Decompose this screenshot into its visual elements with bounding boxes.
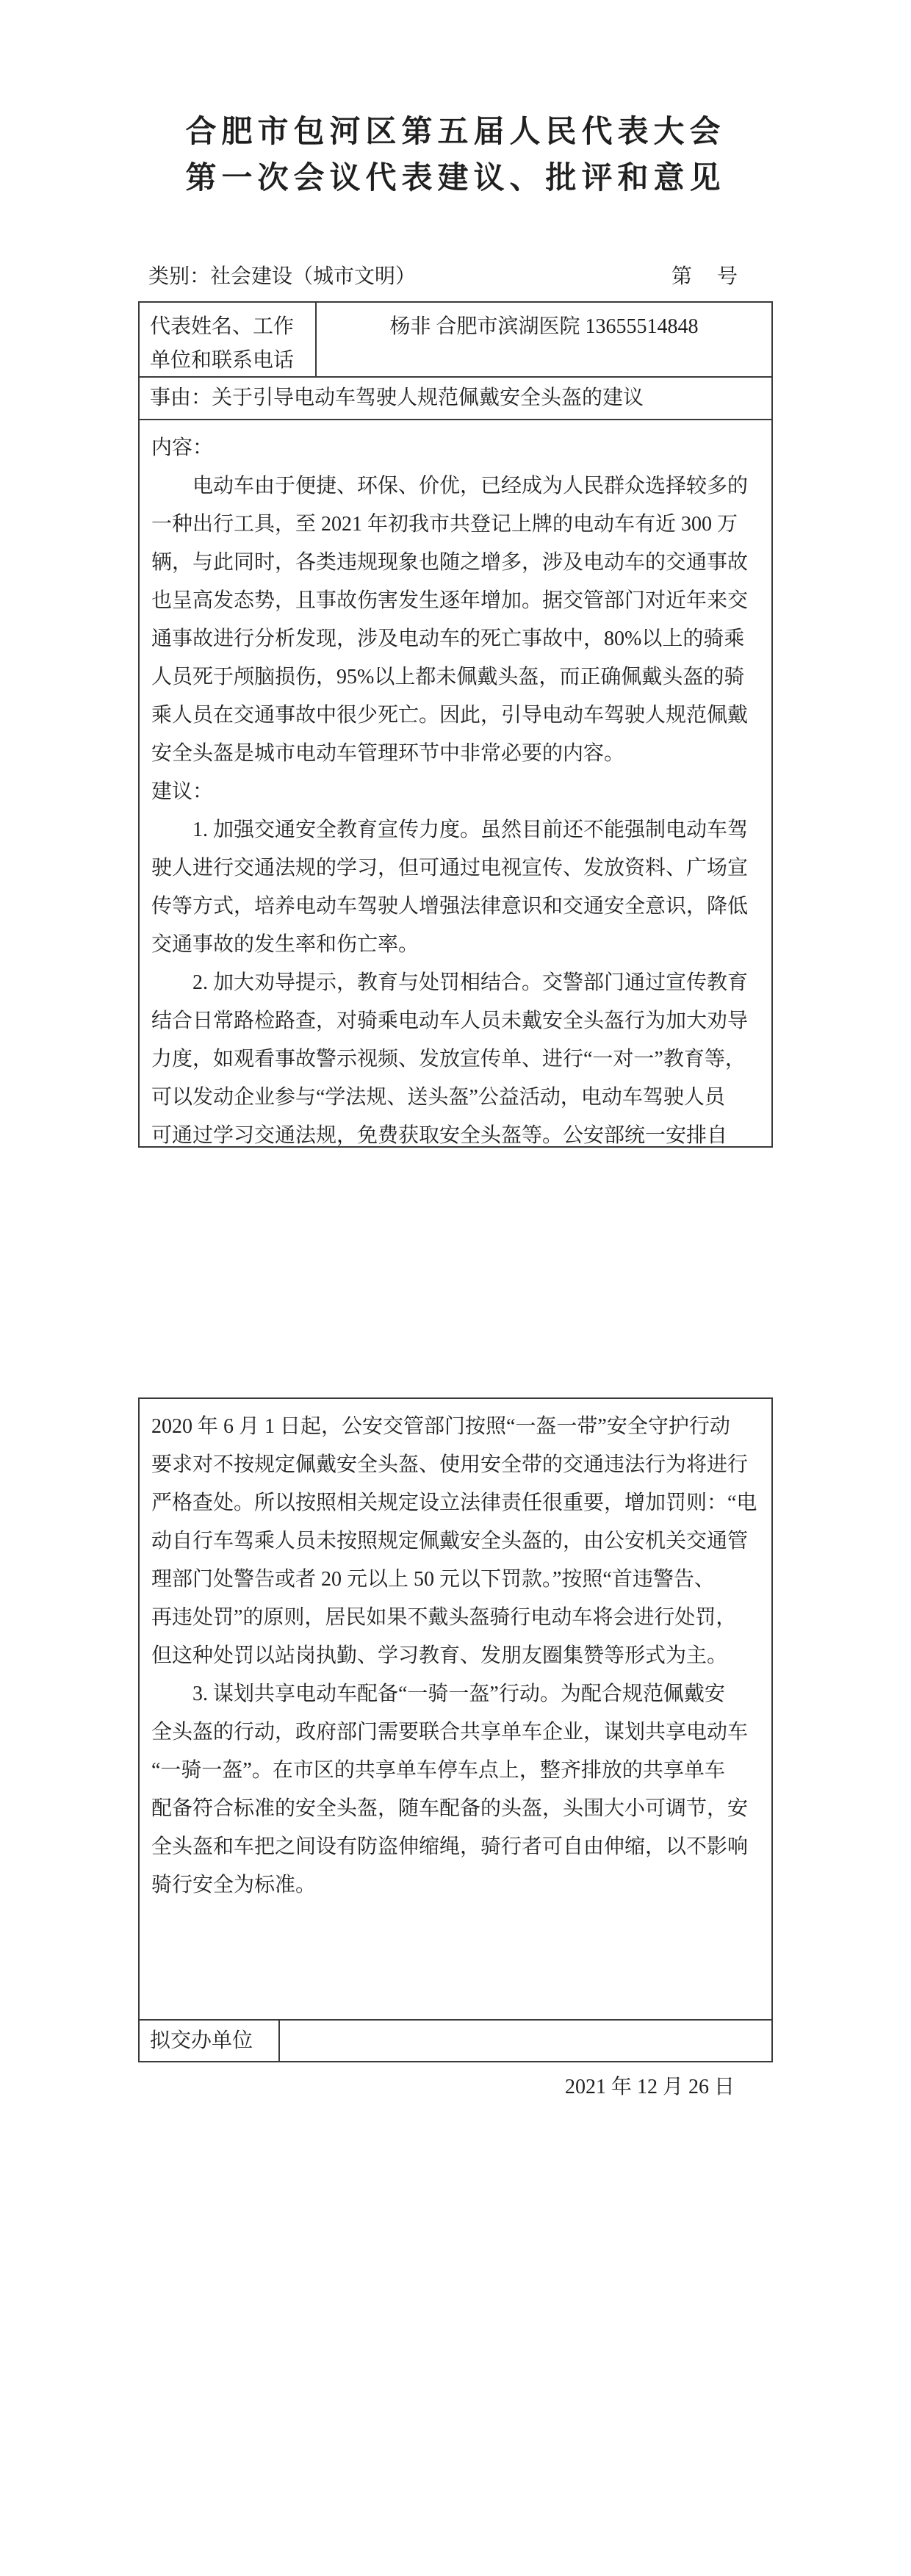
content-line: 全头盔的行动，政府部门需要联合共享单车企业，谋划共享电动车: [151, 1713, 760, 1752]
rep-label-line2: 单位和联系电话: [150, 344, 315, 378]
subject-row: 事由：关于引导电动车驾驶人规范佩戴安全头盔的建议: [140, 378, 771, 420]
content-line: 骑行安全为标准。: [151, 1866, 760, 1904]
content-line: 通事故进行分析发现，涉及电动车的死亡事故中，80%以上的骑乘: [151, 620, 760, 658]
content-line: 再违处罚”的原则，居民如果不戴头盔骑行电动车将会进行处罚，: [151, 1599, 760, 1637]
content-line: 一种出行工具，至 2021 年初我市共登记上牌的电动车有近 300 万: [151, 506, 760, 544]
content-line: 动自行车驾乘人员未按照规定佩戴安全头盔的，由公安机关交通管: [151, 1522, 760, 1561]
content-line: 可以发动企业参与“学法规、送头盔”公益活动，电动车驾驶人员: [151, 1079, 760, 1117]
content-line: 电动车由于便捷、环保、价优，已经成为人民群众选择较多的: [151, 467, 760, 506]
content-line: 2020 年 6 月 1 日起，公安交管部门按照“一盔一带”安全守护行动: [151, 1408, 760, 1446]
content-line: 但这种处罚以站岗执勤、学习教育、发朋友圈集赞等形式为主。: [151, 1637, 760, 1675]
content-cell: 内容： 电动车由于便捷、环保、价优，已经成为人民群众选择较多的 一种出行工具，至…: [140, 420, 771, 1146]
content-line: 全头盔和车把之间设有防盗伸缩绳，骑行者可自由伸缩，以不影响: [151, 1828, 760, 1866]
continuation-content-cell: 2020 年 6 月 1 日起，公安交管部门按照“一盔一带”安全守护行动 要求对…: [140, 1399, 771, 2021]
document-title-line2: 第一次会议代表建议、批评和意见: [0, 159, 911, 196]
rep-label: 代表姓名、工作 单位和联系电话: [140, 303, 317, 376]
content-line: 传等方式，培养电动车驾驶人增强法律意识和交通安全意识，降低: [151, 888, 760, 926]
content-line: 理部门处警告或者 20 元以上 50 元以下罚款。”按照“首违警告、: [151, 1561, 760, 1599]
content-line: 人员死于颅脑损伤，95%以上都未佩戴头盔，而正确佩戴头盔的骑: [151, 658, 760, 697]
document-page: 合肥市包河区第五届人民代表大会 第一次会议代表建议、批评和意见 类别：社会建设（…: [0, 0, 911, 2576]
assign-unit-label: 拟交办单位: [140, 2021, 280, 2061]
rep-value: 杨非 合肥市滨湖医院 13655514848: [317, 303, 771, 376]
content-line: 安全头盔是城市电动车管理环节中非常必要的内容。: [151, 735, 760, 773]
content-line: 要求对不按规定佩戴安全头盔、使用安全带的交通违法行为将进行: [151, 1446, 760, 1484]
content-line: 配备符合标准的安全头盔，随车配备的头盔，头围大小可调节，安: [151, 1790, 760, 1828]
assign-unit-row: 拟交办单位: [140, 2021, 771, 2061]
number-prefix: 第: [671, 265, 692, 288]
assign-unit-value: [280, 2021, 771, 2061]
content-line: 3. 谋划共享电动车配备“一骑一盔”行动。为配合规范佩戴安: [151, 1675, 760, 1713]
content-line: 严格查处。所以按照相关规定设立法律责任很重要，增加罚则：“电: [151, 1484, 760, 1522]
content-line: 驶人进行交通法规的学习，但可通过电视宣传、发放资料、广场宣: [151, 849, 760, 888]
continuation-table: 2020 年 6 月 1 日起，公安交管部门按照“一盔一带”安全守护行动 要求对…: [138, 1397, 773, 2062]
content-line: 辆，与此同时，各类违规现象也随之增多，涉及电动车的交通事故: [151, 544, 760, 582]
category-label: 类别：社会建设（城市文明）: [148, 265, 416, 289]
meta-row: 类别：社会建设（城市文明） 第号: [138, 265, 773, 289]
content-line: 可通过学习交通法规，免费获取安全头盔等。公安部统一安排自: [151, 1117, 760, 1146]
content-line: 结合日常路检路查，对骑乘电动车人员未戴安全头盔行为加大劝导: [151, 1002, 760, 1040]
content-line: 内容：: [151, 429, 760, 467]
content-line: 交通事故的发生率和伤亡率。: [151, 926, 760, 964]
rep-label-line1: 代表姓名、工作: [150, 310, 315, 344]
content-line: 2. 加大劝导提示，教育与处罚相结合。交警部门通过宣传教育: [151, 964, 760, 1002]
content-line: 乘人员在交通事故中很少死亡。因此，引导电动车驾驶人规范佩戴: [151, 697, 760, 735]
rep-name-row: 代表姓名、工作 单位和联系电话 杨非 合肥市滨湖医院 13655514848: [140, 303, 771, 378]
info-table: 代表姓名、工作 单位和联系电话 杨非 合肥市滨湖医院 13655514848 事…: [138, 301, 773, 1148]
number-field: 第号: [671, 265, 738, 289]
content-line: 1. 加强交通安全教育宣传力度。虽然目前还不能强制电动车驾: [151, 811, 760, 849]
content-line: 也呈高发态势，且事故伤害发生逐年增加。据交管部门对近年来交: [151, 582, 760, 620]
number-suffix: 号: [717, 265, 738, 288]
content-line: 力度，如观看事故警示视频、发放宣传单、进行“一对一”教育等，: [151, 1040, 760, 1079]
date-line: 2021 年 12 月 26 日: [565, 2076, 735, 2098]
content-line: “一骑一盔”。在市区的共享单车停车点上，整齐排放的共享单车: [151, 1752, 760, 1790]
content-line: 建议：: [151, 773, 760, 811]
document-title-line1: 合肥市包河区第五届人民代表大会: [0, 113, 911, 150]
